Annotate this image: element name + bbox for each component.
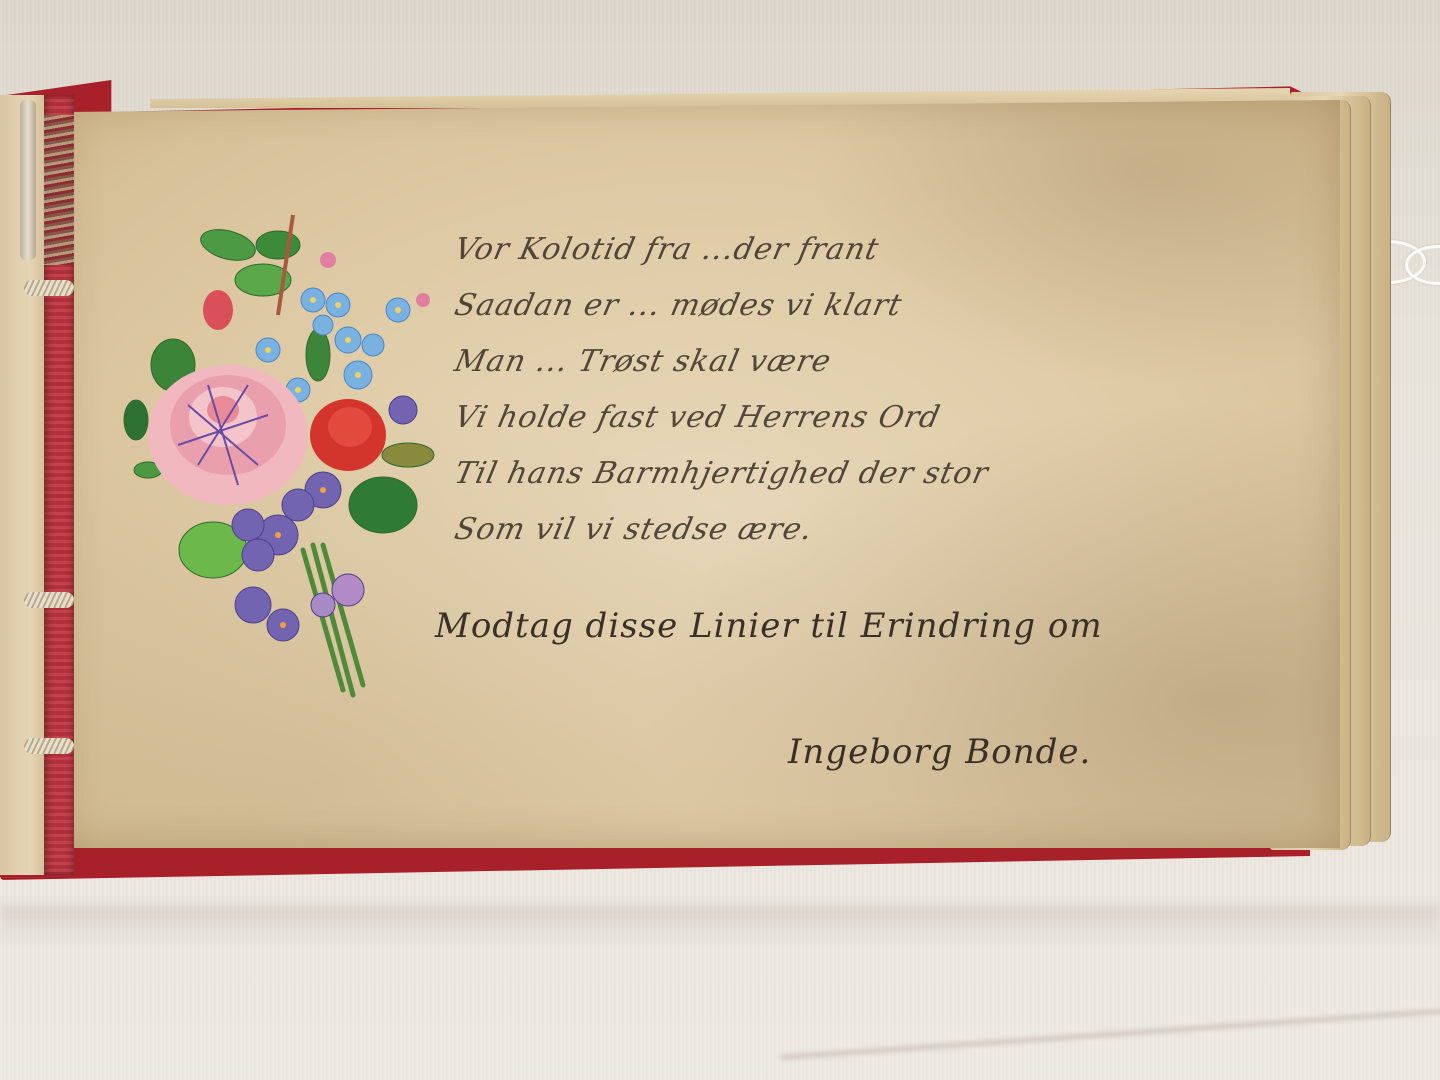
poem-line: Som vil vi stedse ære. [449, 502, 994, 558]
binding-worn-fabric [44, 115, 74, 265]
binding-string-knot [24, 592, 74, 608]
handwritten-poem: Vor Kolotid fra ...der frant Saadan er .… [455, 222, 988, 558]
previous-page-curl [20, 100, 36, 260]
poem-line: Vor Kolotid fra ...der frant [449, 222, 994, 278]
pink-rose [148, 365, 308, 505]
poem-line: Man ... Trøst skal være [449, 334, 994, 390]
red-rosebud [203, 290, 233, 330]
poem-line: Saadan er ... mødes vi klart [449, 278, 994, 334]
binding-string-knot [24, 738, 74, 754]
binding-string-knot [24, 280, 74, 296]
dedication-line: Modtag disse Linier til Erindring om [435, 606, 1103, 646]
floral-bouquet-illustration [118, 205, 458, 705]
signature: Ingeborg Bonde. [788, 732, 1091, 772]
stems [303, 545, 363, 695]
twig [278, 215, 293, 315]
red-rose [310, 399, 386, 471]
poem-line: Til hans Barmhjertighed der stor [449, 446, 994, 502]
cloth-fold [0, 905, 1440, 945]
poem-line: Vi holde fast ved Herrens Ord [449, 390, 994, 446]
